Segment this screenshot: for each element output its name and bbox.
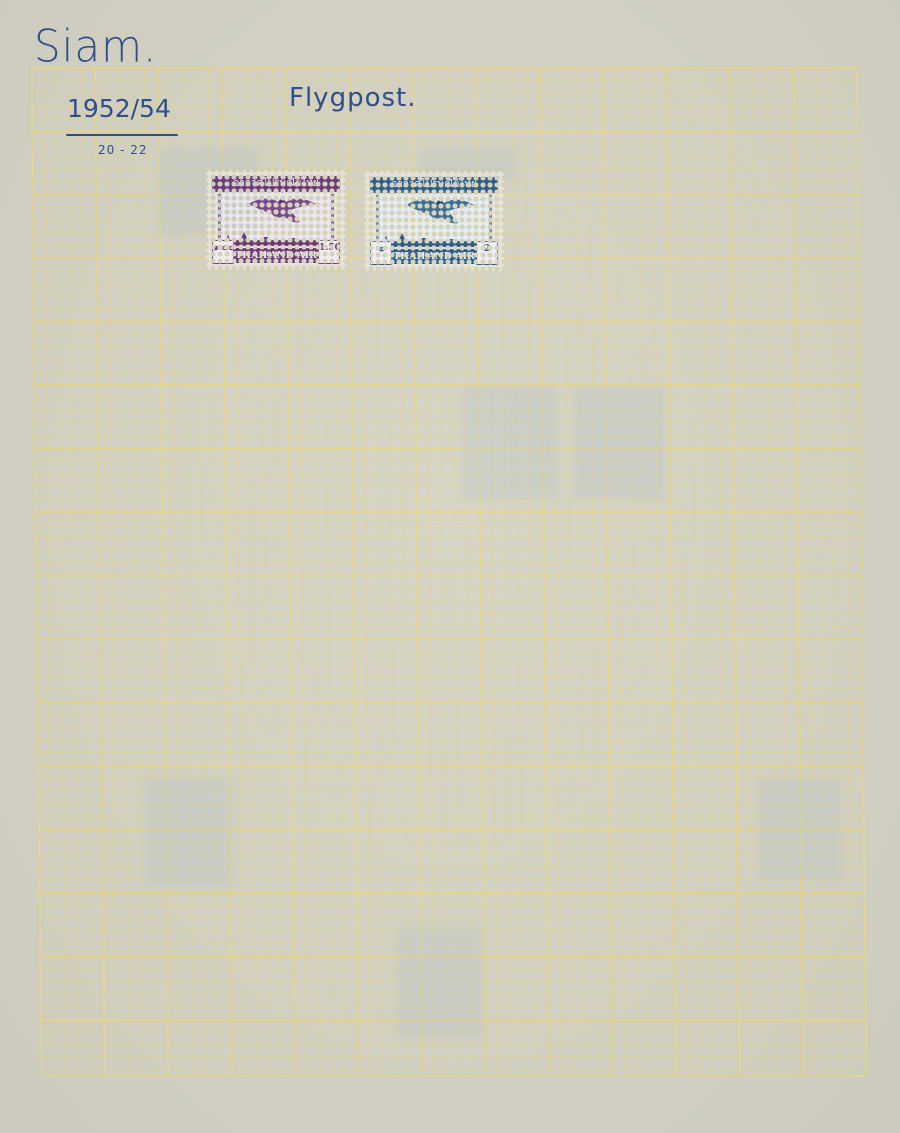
- garuda-icon: [246, 194, 318, 228]
- ghost-impression: [398, 928, 482, 1036]
- ghost-impression: [462, 388, 557, 498]
- stamp-design: อากาศไปรษณีย์ไทย THAILAND AIR MAIL ๒ 2: [370, 177, 498, 265]
- country-heading: Siam.: [34, 21, 157, 72]
- issue-years: 1952/54: [67, 94, 171, 123]
- stamp-caption: THAILAND AIR MAIL: [392, 249, 476, 264]
- stamp-design: อากาศไปรษณีย์ไทย THAILAND AIR MAIL ๑.๕๐ …: [212, 176, 340, 264]
- stamp-blue: อากาศไปรษณีย์ไทย THAILAND AIR MAIL ๒ 2: [364, 171, 504, 271]
- ghost-impression: [573, 388, 663, 498]
- stamp-thai-header: อากาศไปรษณีย์ไทย: [212, 176, 340, 192]
- temple-skyline-icon: [218, 232, 334, 246]
- stamp-value-thai: ๒: [370, 241, 392, 265]
- value-text: 2: [484, 244, 490, 254]
- ghost-impression: [760, 780, 840, 880]
- stamp-value-thai: ๑.๕๐: [212, 240, 234, 264]
- section-heading: Flygpost.: [289, 83, 417, 113]
- ghost-impression: [146, 778, 232, 886]
- value-thai-text: ๒: [378, 244, 384, 254]
- album-page: Siam. 1952/54 20 - 22 Flygpost. อากาศไปร…: [0, 0, 900, 1133]
- value-thai-text: ๑.๕๐: [213, 243, 234, 253]
- stamp-value: 1.50: [318, 240, 340, 264]
- stamp-value: 2: [476, 241, 498, 265]
- stamp-thai-header: อากาศไปรษณีย์ไทย: [370, 177, 498, 193]
- temple-skyline-icon: [376, 233, 492, 247]
- catalogue-range: 20 - 22: [98, 143, 148, 157]
- garuda-icon: [404, 195, 476, 229]
- stamp-purple: อากาศไปรษณีย์ไทย THAILAND AIR MAIL ๑.๕๐ …: [206, 170, 346, 270]
- underline: [66, 134, 178, 136]
- stamp-caption: THAILAND AIR MAIL: [234, 248, 318, 263]
- value-text: 1.50: [319, 243, 340, 253]
